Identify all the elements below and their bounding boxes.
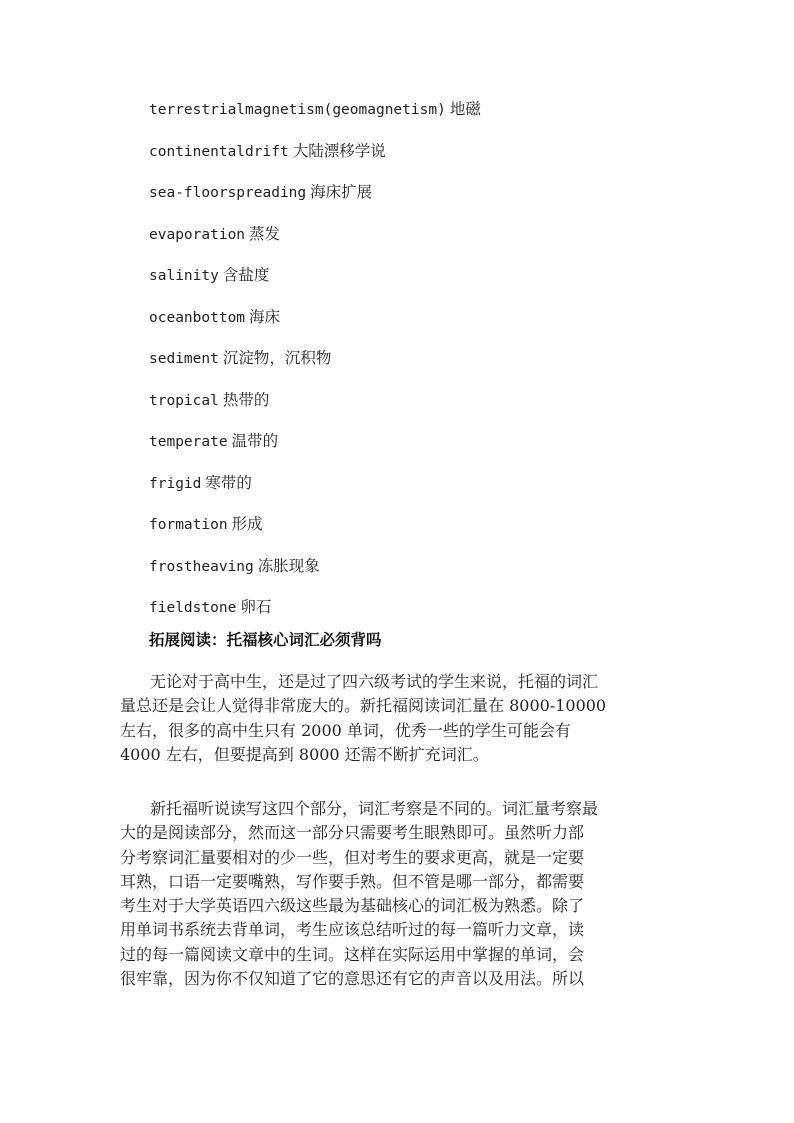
vocab-chinese: 含盐度 (223, 266, 270, 284)
document-page: terrestrialmagnetism(geomagnetism)地磁 con… (0, 0, 794, 1123)
vocab-item: evaporation蒸发 (149, 221, 709, 263)
paragraph-line: 量总还是会让人觉得非常庞大的。新托福阅读词汇量在 8000-10000 (120, 694, 676, 718)
vocab-item: temperate温带的 (149, 428, 709, 470)
vocab-item: terrestrialmagnetism(geomagnetism)地磁 (149, 96, 709, 138)
vocab-english: temperate (149, 434, 228, 450)
paragraph-line: 左右，很多的高中生只有 2000 单词，优秀一些的学生可能会有 (120, 719, 676, 743)
vocab-chinese: 热带的 (223, 391, 270, 409)
vocab-english: frostheaving (149, 559, 254, 575)
vocab-chinese: 海床 (249, 308, 280, 326)
vocab-chinese: 卵石 (240, 598, 271, 616)
vocab-chinese: 蒸发 (249, 225, 280, 243)
vocab-chinese: 温带的 (232, 432, 279, 450)
vocab-english: frigid (149, 476, 201, 492)
paragraph-line: 用单词书系统去背单词，考生应该总结听过的每一篇听力文章，读 (120, 918, 676, 942)
vocab-item: formation形成 (149, 511, 709, 553)
vocab-english: formation (149, 517, 228, 533)
paragraph-line: 4000 左右，但要提高到 8000 还需不断扩充词汇。 (120, 743, 676, 767)
vocab-item: frigid寒带的 (149, 470, 709, 512)
vocab-item: salinity含盐度 (149, 262, 709, 304)
vocab-item: sediment沉淀物，沉积物 (149, 345, 709, 387)
paragraph-line: 无论对于高中生，还是过了四六级考试的学生来说，托福的词汇 (120, 670, 676, 694)
paragraph-line: 新托福听说读写这四个部分，词汇考察是不同的。词汇量考察最 (120, 797, 676, 821)
vocab-chinese: 沉淀物，沉积物 (223, 349, 332, 367)
vocab-item: tropical热带的 (149, 387, 709, 429)
vocab-chinese: 海床扩展 (310, 183, 372, 201)
vocab-english: tropical (149, 393, 219, 409)
vocab-chinese: 地磁 (450, 100, 481, 118)
vocab-english: continentaldrift (149, 144, 289, 160)
vocab-item: frostheaving冻胀现象 (149, 553, 709, 595)
vocab-english: evaporation (149, 227, 245, 243)
paragraph-line: 大的是阅读部分，然而这一部分只需要考生眼熟即可。虽然听力部 (120, 821, 676, 845)
paragraph-line: 过的每一篇阅读文章中的生词。这样在实际运用中掌握的单词，会 (120, 943, 676, 967)
vocab-item: continentaldrift大陆漂移学说 (149, 138, 709, 180)
vocab-english: salinity (149, 268, 219, 284)
paragraph-vocabulary-size: 无论对于高中生，还是过了四六级考试的学生来说，托福的词汇 量总还是会让人觉得非常… (120, 670, 676, 767)
vocab-english: terrestrialmagnetism(geomagnetism) (149, 102, 446, 118)
vocab-english: oceanbottom (149, 310, 245, 326)
vocab-chinese: 大陆漂移学说 (293, 142, 386, 160)
vocab-item: sea-floorspreading海床扩展 (149, 179, 709, 221)
vocab-english: sea-floorspreading (149, 185, 306, 201)
vocab-english: fieldstone (149, 600, 236, 616)
vocab-english: sediment (149, 351, 219, 367)
section-heading: 拓展阅读：托福核心词汇必须背吗 (149, 628, 382, 650)
vocab-item: oceanbottom海床 (149, 304, 709, 346)
paragraph-line: 分考察词汇量要相对的少一些，但对考生的要求更高，就是一定要 (120, 846, 676, 870)
vocab-chinese: 冻胀现象 (258, 557, 320, 575)
vocabulary-list: terrestrialmagnetism(geomagnetism)地磁 con… (149, 96, 709, 636)
paragraph-four-sections: 新托福听说读写这四个部分，词汇考察是不同的。词汇量考察最 大的是阅读部分，然而这… (120, 797, 676, 991)
paragraph-line: 耳熟，口语一定要嘴熟，写作要手熟。但不管是哪一部分，都需要 (120, 870, 676, 894)
paragraph-line: 考生对于大学英语四六级这些最为基础核心的词汇极为熟悉。除了 (120, 894, 676, 918)
paragraph-line: 很牢靠，因为你不仅知道了它的意思还有它的声音以及用法。所以 (120, 967, 676, 991)
vocab-chinese: 寒带的 (205, 474, 252, 492)
vocab-chinese: 形成 (232, 515, 263, 533)
